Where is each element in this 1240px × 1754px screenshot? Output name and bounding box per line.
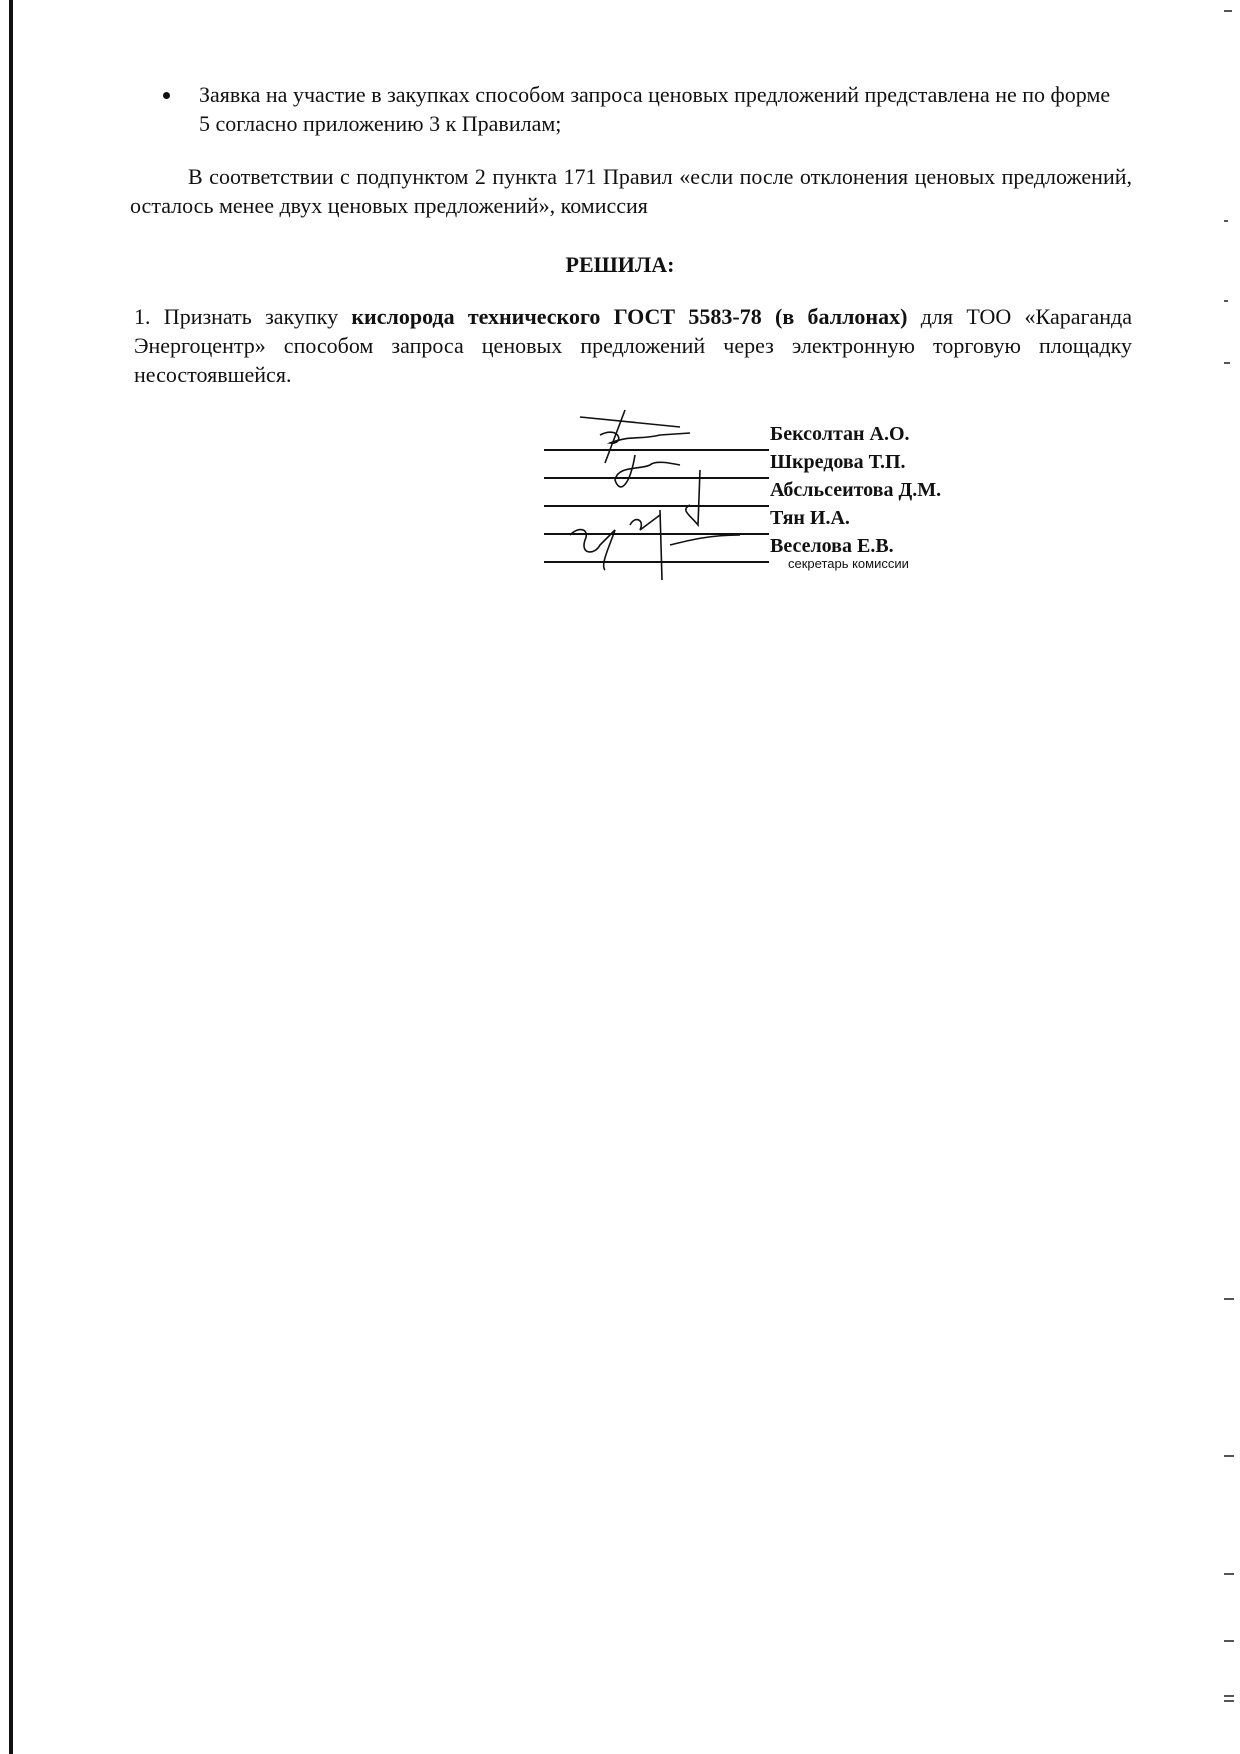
decision-item-1: 1. Признать закупку кислорода техническо… [134, 302, 1132, 389]
signatory-name: Тян И.А. [770, 505, 850, 531]
secretary-role: секретарь комиссии [788, 556, 909, 571]
decision-subject: кислорода технического ГОСТ 5583-78 (в б… [351, 304, 907, 329]
bullet-text: Заявка на участие в закупках способом за… [199, 80, 1125, 138]
decision-heading: РЕШИЛА: [0, 252, 1240, 278]
signatory-name: Бексолтан А.О. [770, 421, 910, 447]
decision-prefix: 1. Признать закупку [134, 304, 351, 329]
handwritten-signatures-icon [540, 405, 770, 585]
bullet-icon [163, 92, 170, 99]
bullet-list-item: Заявка на участие в закупках способом за… [165, 80, 1125, 138]
signature-block: Бексолтан А.О. Шкредова Т.П. Абсльсеитов… [540, 405, 1000, 585]
signatory-name: Абсльсеитова Д.М. [770, 477, 941, 503]
basis-paragraph: В соответствии с подпунктом 2 пункта 171… [130, 162, 1132, 220]
signatory-name: Шкредова Т.П. [770, 449, 906, 475]
